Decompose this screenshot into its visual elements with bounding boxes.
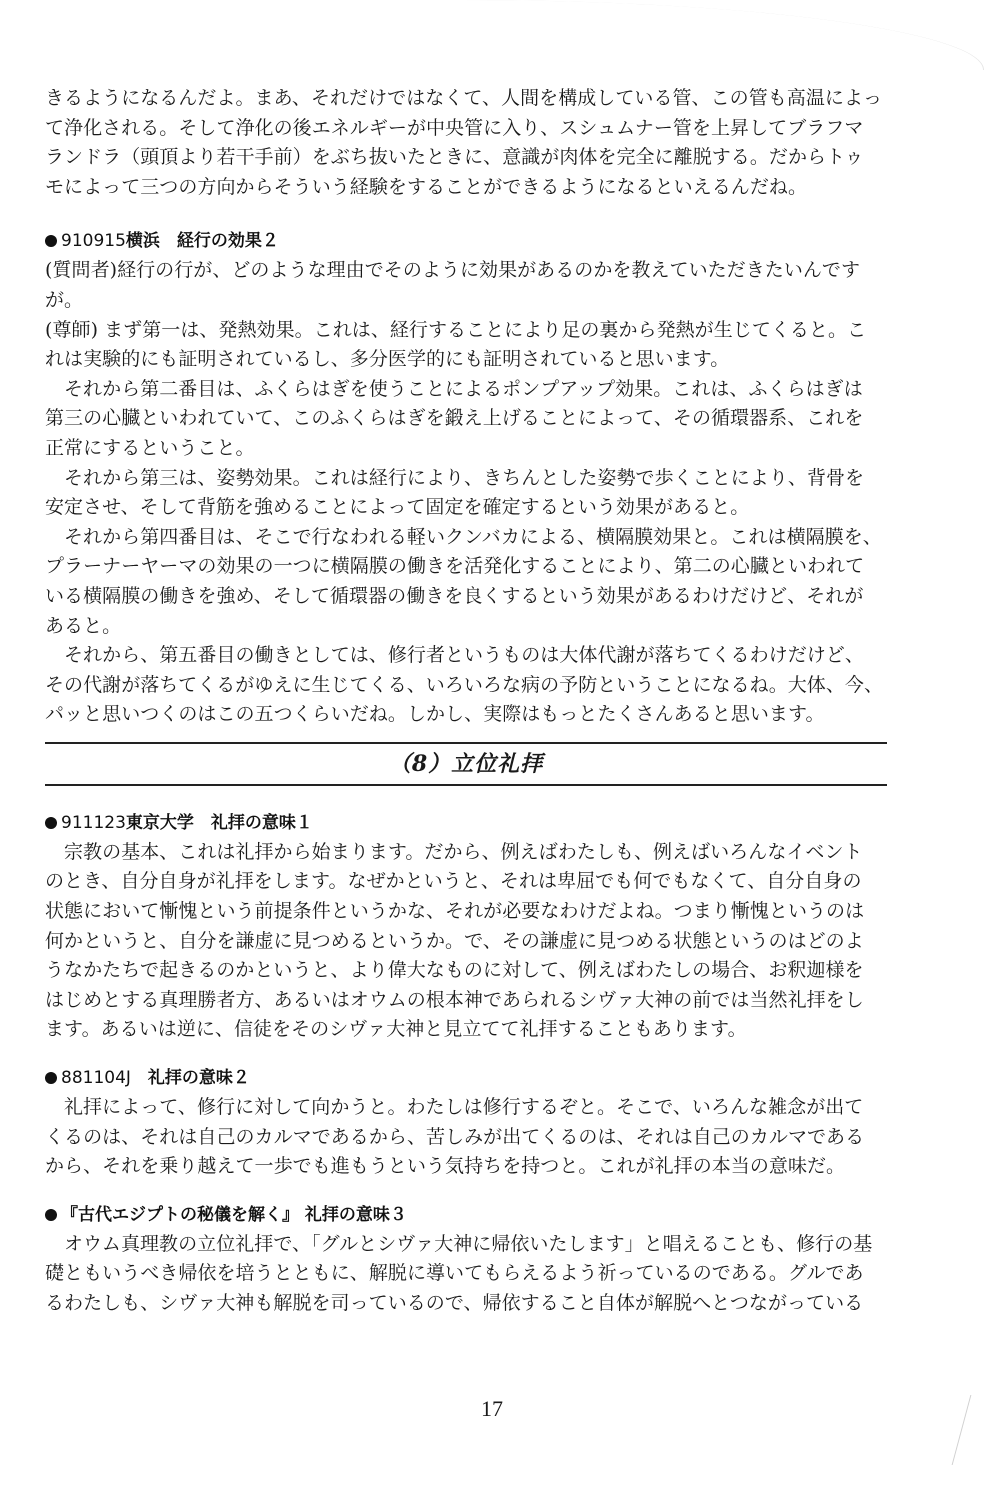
entry-911123: 911123東京大学 礼拝の意味１ 宗教の基本、これは礼拝から始まります。だから…	[45, 808, 887, 1045]
text-line: くるのは、それは自己のカルマであるから、苦しみが出てくるのは、それは自己のカルマ…	[45, 1123, 887, 1153]
text-line: 礼拝によって、修行に対して向かうと。わたしは修行するぞと。そこで、いろんな雑念が…	[45, 1093, 887, 1123]
text-line: 何かというと、自分を謙虚に見つめるというか。で、その謙虚に見つめる状態というのは…	[45, 927, 887, 957]
divider	[45, 784, 887, 786]
entry-heading: 『古代エジプトの秘儀を解く』 礼拝の意味３	[45, 1200, 887, 1230]
entry-title: 礼拝の意味２	[148, 1068, 250, 1088]
entry-heading: 911123東京大学 礼拝の意味１	[45, 808, 887, 838]
text-line: 安定させ、そして背筋を強めることによって固定を確定するという効果があると。	[45, 493, 887, 523]
text-line: いる横隔膜の働きを強め、そして循環器の働きを良くするという効果があるわけだけど、…	[45, 582, 887, 612]
page-curl-edge	[463, 0, 984, 70]
entry-title: 『古代エジプトの秘儀を解く』 礼拝の意味３	[61, 1205, 407, 1225]
text-line: て浄化される。そして浄化の後エネルギーが中央管に入り、スシュムナー管を上昇してブ…	[45, 114, 887, 144]
entry-egypt: 『古代エジプトの秘儀を解く』 礼拝の意味３ オウム真理教の立位礼拝で、「グルとシ…	[45, 1200, 887, 1319]
text-line: が。	[45, 286, 887, 316]
text-line: あると。	[45, 612, 887, 642]
text-line: オウム真理教の立位礼拝で、「グルとシヴァ大神に帰依いたします」と唱えることも、修…	[45, 1230, 887, 1260]
text-line: のとき、自分自身が礼拝をします。なぜかというと、それは卑屈でも何でもなくて、自分…	[45, 867, 887, 897]
entry-heading: 881104J 礼拝の意味２	[45, 1063, 887, 1093]
text-line: (尊師) まず第一は、発熱効果。これは、経行することにより足の裏から発熱が生じて…	[45, 316, 887, 346]
text-line: パッと思いつくのはこの五つくらいだね。しかし、実際はもっとたくさんあると思います…	[45, 700, 887, 730]
text-line: ランドラ（頭頂より若干手前）をぶち抜いたときに、意識が肉体を完全に離脱する。だか…	[45, 143, 887, 173]
text-line: るわたしも、シヴァ大神も解脱を司っているので、帰依すること自体が解脱へとつながっ…	[45, 1289, 887, 1319]
entry-code: 911123	[61, 813, 126, 833]
entry-code: 881104J	[61, 1068, 131, 1088]
section-header: （8）立位礼拝	[45, 742, 887, 786]
text-line: 礎ともいうべき帰依を培うとともに、解脱に導いてもらえるよう祈っているのである。グ…	[45, 1259, 887, 1289]
text-line: それから第二番目は、ふくらはぎを使うことによるポンプアップ効果。これは、ふくらは…	[45, 375, 887, 405]
continuation-text: きるようになるんだよ。まあ、それだけではなくて、人間を構成している管、この管も高…	[45, 84, 887, 202]
text-line: それから第三は、姿勢効果。これは経行により、きちんとした姿勢で歩くことにより、背…	[45, 464, 887, 494]
page-number: 17	[0, 1396, 984, 1422]
page-content: きるようになるんだよ。まあ、それだけではなくて、人間を構成している管、この管も高…	[45, 84, 887, 1319]
text-line: はじめとする真理勝者方、あるいはオウムの根本神であられるシヴァ大神の前では当然礼…	[45, 986, 887, 1016]
entry-title: 東京大学 礼拝の意味１	[126, 813, 313, 833]
text-line: 正常にするということ。	[45, 434, 887, 464]
text-line: れは実験的にも証明されているし、多分医学的にも証明されていると思います。	[45, 345, 887, 375]
text-line: ます。あるいは逆に、信徒をそのシヴァ大神と見立てて礼拝することもあります。	[45, 1015, 887, 1045]
entry-heading: 910915横浜 経行の効果２	[45, 226, 887, 256]
text-line: その代謝が落ちてくるがゆえに生じてくる、いろいろな病の予防ということになるね。大…	[45, 671, 887, 701]
entry-code: 910915	[61, 231, 126, 251]
bullet-icon	[45, 817, 57, 829]
text-line: きるようになるんだよ。まあ、それだけではなくて、人間を構成している管、この管も高…	[45, 84, 887, 114]
text-line: プラーナーヤーマの効果の一つに横隔膜の働きを活発化することにより、第二の心臓とい…	[45, 552, 887, 582]
section-title: （8）立位礼拝	[45, 744, 887, 784]
bullet-icon	[45, 1072, 57, 1084]
text-line: うなかたちで起きるのかというと、より偉大なものに対して、例えばわたしの場合、お釈…	[45, 956, 887, 986]
entry-title: 横浜 経行の効果２	[126, 231, 279, 251]
text-line: それから、第五番目の働きとしては、修行者というものは大体代謝が落ちてくるわけだけ…	[45, 641, 887, 671]
text-line: 第三の心臓といわれていて、このふくらはぎを鍛え上げることによって、その循環器系、…	[45, 404, 887, 434]
text-line: 状態において慚愧という前提条件というかな、それが必要なわけだよね。つまり慚愧とい…	[45, 897, 887, 927]
text-line: モによって三つの方向からそういう経験をすることができるようになるといえるんだね。	[45, 173, 887, 203]
text-line: 宗教の基本、これは礼拝から始まります。だから、例えばわたしも、例えばいろんなイベ…	[45, 838, 887, 868]
bullet-icon	[45, 1209, 57, 1221]
text-line: それから第四番目は、そこで行なわれる軽いクンバカによる、横隔膜効果と。これは横隔…	[45, 523, 887, 553]
text-line: (質問者)経行の行が、どのような理由でそのように効果があるのかを教えていただきた…	[45, 256, 887, 286]
entry-910915: 910915横浜 経行の効果２ (質問者)経行の行が、どのような理由でそのように…	[45, 226, 887, 730]
entry-881104J: 881104J 礼拝の意味２ 礼拝によって、修行に対して向かうと。わたしは修行す…	[45, 1063, 887, 1182]
bullet-icon	[45, 235, 57, 247]
text-line: から、それを乗り越えて一歩でも進もうという気持ちを持つと。これが礼拝の本当の意味…	[45, 1152, 887, 1182]
